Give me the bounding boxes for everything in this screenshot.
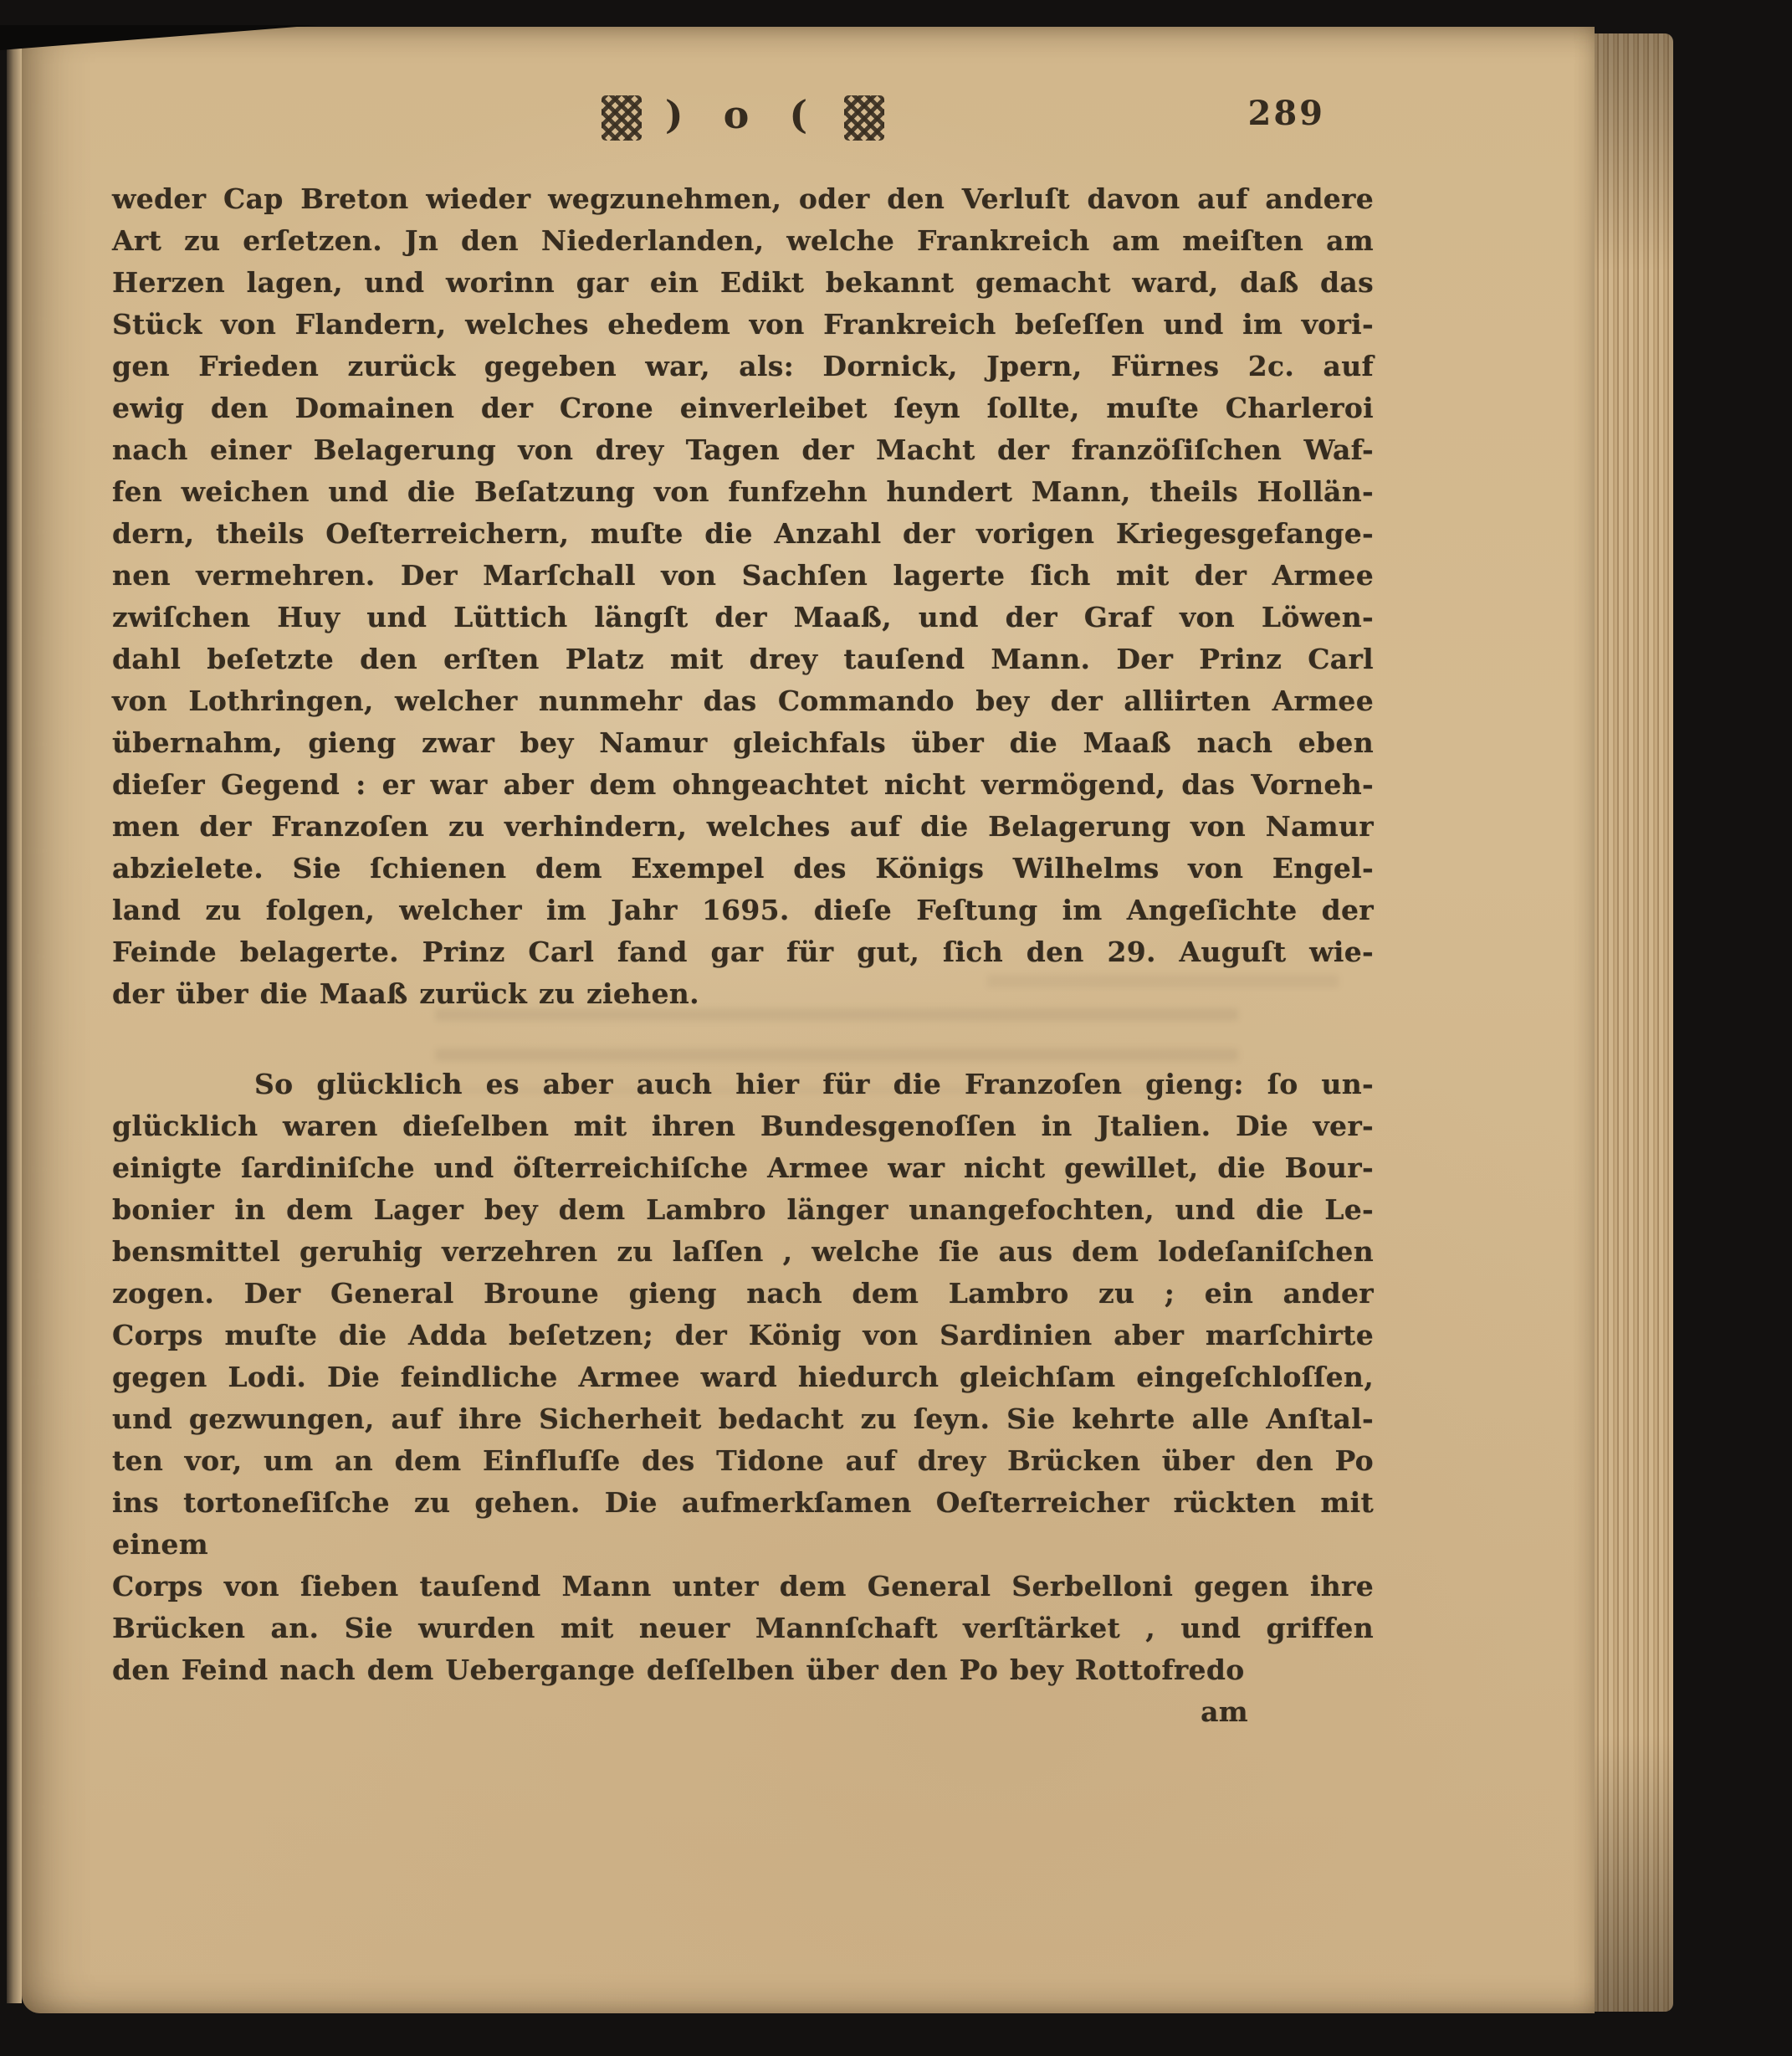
text-line: der über die Maaß zurück zu ziehen. bbox=[112, 973, 1374, 1015]
scan-corner-shadow bbox=[0, 25, 318, 50]
text-line: gegen Lodi. Die feindliche Armee ward hi… bbox=[112, 1356, 1374, 1398]
text-line: glücklich waren dieſelben mit ihren Bund… bbox=[112, 1105, 1374, 1147]
paragraph: weder Cap Breton wieder wegzunehmen, ode… bbox=[112, 178, 1374, 1015]
catchword: am bbox=[112, 1691, 1374, 1733]
text-line: übernahm, gieng zwar bey Namur gleichfal… bbox=[112, 722, 1374, 764]
text-line: dieſer Gegend : er war aber dem ohngeach… bbox=[112, 764, 1374, 806]
text-line: bensmittel geruhig verzehren zu laſſen ,… bbox=[112, 1231, 1374, 1273]
text-line: dern, theils Oeſterreichern, muſte die A… bbox=[112, 513, 1374, 555]
text-line: So glücklich es aber auch hier für die F… bbox=[112, 1064, 1374, 1105]
text-line: Art zu erſetzen. Jn den Niederlanden, we… bbox=[112, 220, 1374, 262]
text-line: Stück von Flandern, welches ehedem von F… bbox=[112, 304, 1374, 346]
text-line: land zu folgen, welcher im Jahr 1695. di… bbox=[112, 890, 1374, 931]
book-scan: ) o ( 289 weder Cap Breton wieder wegzun… bbox=[0, 0, 1792, 2056]
page-edge-left bbox=[7, 37, 22, 2003]
floral-ornament-icon bbox=[844, 95, 884, 141]
text-line: nach einer Belagerung von drey Tagen der… bbox=[112, 429, 1374, 471]
text-line: gen Frieden zurück gegeben war, als: Dor… bbox=[112, 346, 1374, 387]
text-line: abzielete. Sie ſchienen dem Exempel des … bbox=[112, 848, 1374, 890]
text-line: fen weichen und die Beſatzung von funfze… bbox=[112, 471, 1374, 513]
text-block: weder Cap Breton wieder wegzunehmen, ode… bbox=[112, 178, 1374, 1733]
text-line: Corps muſte die Adda beſetzen; der König… bbox=[112, 1315, 1374, 1356]
text-line: einigte ſardiniſche und öſterreichiſche … bbox=[112, 1147, 1374, 1189]
text-line: und gezwungen, auf ihre Sicherheit bedac… bbox=[112, 1398, 1374, 1440]
paragraph: So glücklich es aber auch hier für die F… bbox=[112, 1064, 1374, 1691]
text-line: von Lothringen, welcher nunmehr das Comm… bbox=[112, 680, 1374, 722]
text-line: ten vor, um an dem Einfluſſe des Tidone … bbox=[112, 1440, 1374, 1482]
floral-ornament-icon bbox=[602, 95, 642, 141]
text-line: nen vermehren. Der Marſchall von Sachſen… bbox=[112, 555, 1374, 597]
page-number: 289 bbox=[1248, 94, 1326, 133]
text-line: bonier in dem Lager bey dem Lambro länge… bbox=[112, 1189, 1374, 1231]
text-line: weder Cap Breton wieder wegzunehmen, ode… bbox=[112, 178, 1374, 220]
text-line: Corps von ſieben tauſend Mann unter dem … bbox=[112, 1566, 1374, 1607]
text-line: den Feind nach dem Uebergange deſſelben … bbox=[112, 1649, 1374, 1691]
text-line: Feinde belagerte. Prinz Carl fand gar fü… bbox=[112, 931, 1374, 973]
page-header: ) o ( 289 bbox=[112, 89, 1374, 147]
text-line: ins tortoneſiſche zu gehen. Die aufmerkſ… bbox=[112, 1482, 1374, 1566]
text-line: Herzen lagen, und worinn gar ein Edikt b… bbox=[112, 262, 1374, 304]
page-fore-edge bbox=[1595, 33, 1673, 2012]
text-line: Brücken an. Sie wurden mit neuer Mannſch… bbox=[112, 1607, 1374, 1649]
text-line: ewig den Domainen der Crone einverleibet… bbox=[112, 387, 1374, 429]
header-ornament: ) o ( bbox=[112, 89, 1374, 147]
text-line: men der Franzoſen zu verhindern, welches… bbox=[112, 806, 1374, 848]
text-line: zwiſchen Huy und Lüttich längſt der Maaß… bbox=[112, 597, 1374, 638]
text-line: dahl beſetzte den erſten Platz mit drey … bbox=[112, 638, 1374, 680]
text-line: zogen. Der General Broune gieng nach dem… bbox=[112, 1273, 1374, 1315]
header-mark: ) o ( bbox=[665, 92, 821, 137]
